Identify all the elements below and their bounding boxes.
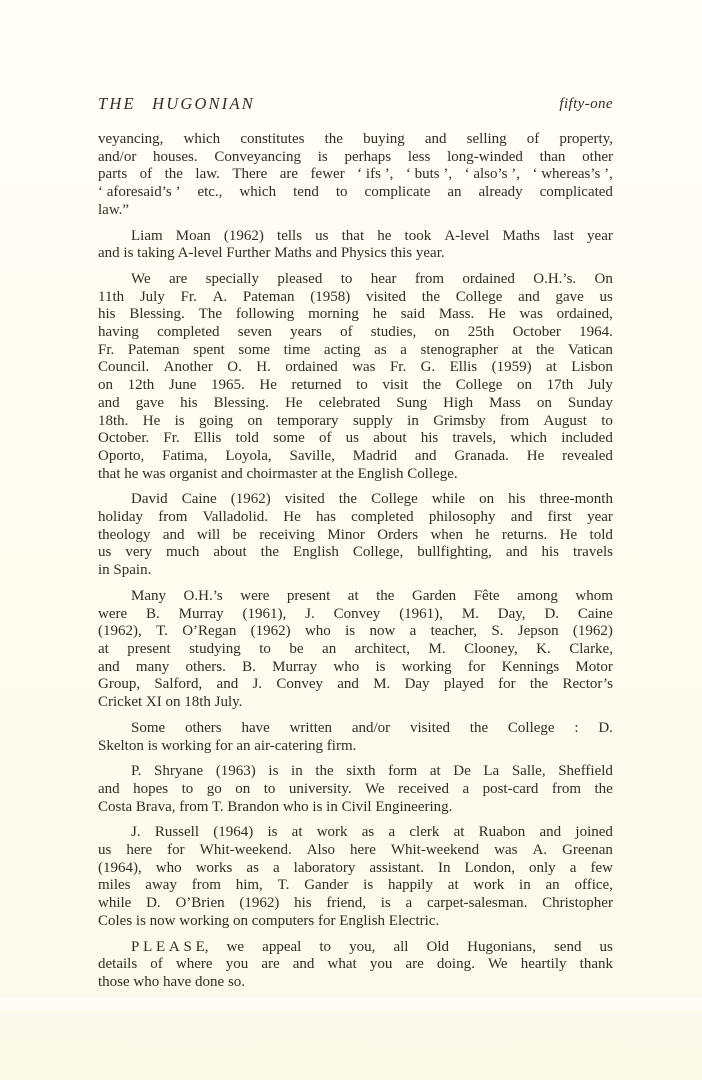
text-line: ushereforWhit-weekend.AlsohereWhit-weeke…: [98, 842, 613, 860]
document-page: THE HUGONIAN fifty-one veyancing,whichco…: [0, 0, 702, 1080]
text-line: Oporto,Fatima,Loyola,Saville,MadridandGr…: [98, 448, 613, 466]
text-column: THE HUGONIAN fifty-one veyancing,whichco…: [98, 94, 613, 1000]
text-line: WearespeciallypleasedtohearfromordainedO…: [98, 271, 613, 289]
text-line: law.”: [98, 202, 613, 220]
text-line: andhopestogoontouniversity.Wereceivedapo…: [98, 781, 613, 799]
text-line: detailsofwhereyouareandwhatyouaredoing.W…: [98, 956, 613, 974]
page-number: fifty-one: [559, 94, 613, 114]
text-line: hisBlessing.ThefollowingmorninghesaidMas…: [98, 306, 613, 324]
text-line: ManyO.H.’swerepresentattheGardenFêteamon…: [98, 588, 613, 606]
text-line: in Spain.: [98, 562, 613, 580]
paragraph: ManyO.H.’swerepresentattheGardenFêteamon…: [98, 588, 613, 712]
paragraph: Someothershavewrittenand/orvisitedtheCol…: [98, 720, 613, 755]
paragraph: P.Shryane(1963)isinthesixthformatDeLaSal…: [98, 763, 613, 816]
text-line: Fr.Patemanspentsometimeactingasastenogra…: [98, 342, 613, 360]
text-line: those who have done so.: [98, 974, 613, 992]
paragraph: DavidCaine(1962)visitedtheCollegewhileon…: [98, 491, 613, 580]
text-line: on12thJune1965.HereturnedtovisittheColle…: [98, 377, 613, 395]
text-line: theologyandwillbereceivingMinorOrderswhe…: [98, 527, 613, 545]
text-line: 18th.HeisgoingontemporarysupplyinGrimsby…: [98, 413, 613, 431]
journal-title: THE HUGONIAN: [98, 94, 255, 114]
text-line: Cricket XI on 18th July.: [98, 694, 613, 712]
text-line: wereB.Murray(1961),J.Convey(1961),M.Day,…: [98, 606, 613, 624]
paragraph: LiamMoan(1962)tellsusthathetookA-levelMa…: [98, 228, 613, 263]
paragraph: veyancing,whichconstitutesthebuyingandse…: [98, 131, 613, 220]
text-line: partsofthelaw.Therearefewer‘ ifs ’,‘ but…: [98, 166, 613, 184]
paragraph: WearespeciallypleasedtohearfromordainedO…: [98, 271, 613, 483]
text-line: Council.AnotherO.H.ordainedwasFr.G.Ellis…: [98, 359, 613, 377]
text-line: P L E A S E,weappealtoyou,allOldHugonian…: [98, 939, 613, 957]
text-line: andmanyothers.B.MurraywhoisworkingforKen…: [98, 659, 613, 677]
text-line: 11thJulyFr.A.Pateman(1958)visitedtheColl…: [98, 289, 613, 307]
text-line: andgavehisBlessing.HecelebratedSungHighM…: [98, 395, 613, 413]
page-header: THE HUGONIAN fifty-one: [98, 94, 613, 114]
text-line: (1964),whoworksasalaboratoryassistant.In…: [98, 860, 613, 878]
text-line: atpresentstudyingtobeanarchitect,M.Cloon…: [98, 641, 613, 659]
text-line: Group,Salford,andJ.ConveyandM.Dayplayedf…: [98, 676, 613, 694]
text-line: holidayfromValladolid.Hehascompletedphil…: [98, 509, 613, 527]
text-line: that he was organist and choirmaster at …: [98, 466, 613, 484]
text-line: P.Shryane(1963)isinthesixthformatDeLaSal…: [98, 763, 613, 781]
text-line: LiamMoan(1962)tellsusthathetookA-levelMa…: [98, 228, 613, 246]
paragraph: J.Russell(1964)isatworkasaclerkatRuabona…: [98, 824, 613, 930]
text-line: veyancing,whichconstitutesthebuyingandse…: [98, 131, 613, 149]
paragraph: P L E A S E,weappealtoyou,allOldHugonian…: [98, 939, 613, 992]
text-line: and/orhouses.Conveyancingisperhapslesslo…: [98, 149, 613, 167]
text-line: whileD.O’Brien(1962)hisfriend,isacarpet-…: [98, 895, 613, 913]
text-line: J.Russell(1964)isatworkasaclerkatRuabona…: [98, 824, 613, 842]
text-line: usverymuchabouttheEnglishCollege,bullfig…: [98, 544, 613, 562]
text-line: milesawayfromhim,T.Ganderishappilyatwork…: [98, 877, 613, 895]
text-line: Costa Brava, from T. Brandon who is in C…: [98, 799, 613, 817]
text-line: (1962),T.O’Regan(1962)whoisnowateacher,S…: [98, 623, 613, 641]
text-line: Coles is now working on computers for En…: [98, 913, 613, 931]
text-line: and is taking A-level Further Maths and …: [98, 245, 613, 263]
text-line: Skelton is working for an air-catering f…: [98, 738, 613, 756]
text-line: October.Fr.Ellistoldsomeofusabouthistrav…: [98, 430, 613, 448]
text-line: ‘ aforesaid’s ’etc.,whichtendtocomplicat…: [98, 184, 613, 202]
text-line: havingcompletedsevenyearsofstudies,on25t…: [98, 324, 613, 342]
paragraphs: veyancing,whichconstitutesthebuyingandse…: [98, 131, 613, 992]
text-line: DavidCaine(1962)visitedtheCollegewhileon…: [98, 491, 613, 509]
text-line: Someothershavewrittenand/orvisitedtheCol…: [98, 720, 613, 738]
